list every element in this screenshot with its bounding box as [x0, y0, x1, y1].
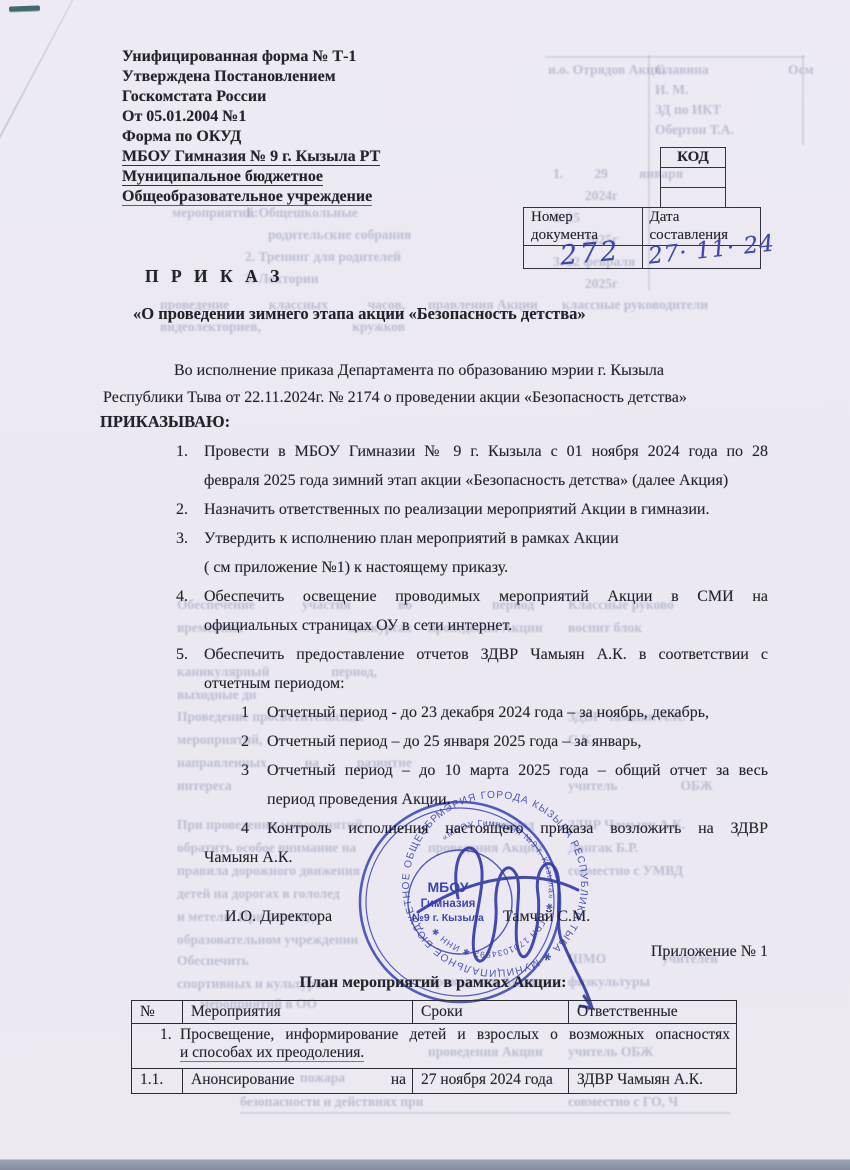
- row-activity-left: Анонсирование: [191, 1071, 295, 1093]
- merged-row-line1: Просвещение, информирование детей и взро…: [180, 1026, 730, 1044]
- order-subitem-line: Отчетный период - до 23 декабря 2024 год…: [267, 704, 768, 722]
- scanned-order-page: и.о. Отрядов АкцииСлавинаОсмИ. М.ЗД по И…: [0, 0, 850, 1170]
- plan-table: №МероприятияСрокиОтветственные 1. Просве…: [131, 1000, 737, 1094]
- plan-table-header-cell: №: [132, 1001, 183, 1023]
- order-item-line: официальных страницах ОУ в сети интернет…: [204, 617, 768, 635]
- bleedthrough-fragment: Обеспечить: [177, 953, 277, 969]
- signatory-title: И.О. Директора: [225, 908, 332, 926]
- plan-table-header-row: №МероприятияСрокиОтветственные: [132, 1001, 736, 1024]
- order-item-line: февраля 2025 года зимний этап акции «Без…: [204, 472, 768, 490]
- merged-row-line2: и способах их преодоления.: [180, 1044, 364, 1062]
- row-number-cell: 1.1.: [132, 1069, 183, 1093]
- order-item-line: Обеспечить предоставление отчетов ЗДВР Ч…: [204, 646, 768, 664]
- order-item-marker: 4: [241, 820, 249, 838]
- order-item-marker: 2: [241, 733, 249, 751]
- plan-title: План мероприятий в рамках Акции:: [131, 974, 735, 992]
- order-item-line: Провести в МБОУ Гимназии № 9 г. Кызыла с…: [204, 443, 768, 461]
- order-item-marker: 1: [241, 704, 249, 722]
- row-responsible-cell: ЗДВР Чамыян А.К.: [569, 1069, 736, 1093]
- bleedthrough-fragment: совместно с ГО, Ч: [568, 1094, 718, 1110]
- order-item-list: 1.Провести в МБОУ Гимназии № 9 г. Кызыла…: [0, 0, 850, 900]
- bleedthrough-line: [240, 1112, 730, 1114]
- plan-table-header-cell: Мероприятия: [183, 1001, 413, 1023]
- bleedthrough-fragment: безопасности и действиях при: [240, 1094, 475, 1110]
- order-item-line: Обеспечить освещение проводимых мероприя…: [204, 588, 768, 606]
- order-item-marker: 4.: [176, 588, 188, 606]
- order-subitem-line: Отчетный период – до 10 марта 2025 года …: [267, 762, 768, 780]
- plan-table-header-cell: Сроки: [413, 1001, 569, 1023]
- row-activity-right: на: [391, 1071, 406, 1093]
- order-item-marker: 3.: [176, 530, 188, 548]
- stamp-center-line3: №9 г. Кызыла: [412, 912, 484, 924]
- signatory-name: Тамчай С.М.: [503, 908, 590, 926]
- scan-edge-band: [0, 1160, 850, 1170]
- order-item-line: отчетным периодом:: [204, 675, 768, 693]
- merged-row-number: 1.: [160, 1026, 172, 1044]
- order-subitem-line: Отчетный период – до 25 января 2025 года…: [267, 733, 768, 751]
- order-item-marker: 5.: [176, 646, 188, 664]
- order-item-line: Утвердить к исполнению план мероприятий …: [204, 530, 768, 548]
- row-term-cell: 27 ноября 2024 года: [413, 1069, 569, 1093]
- plan-table-data-row: 1.1. Анонсирование на 27 ноября 2024 год…: [132, 1069, 736, 1093]
- order-item-marker: 3: [241, 762, 249, 780]
- plan-table-header-cell: Ответственные: [569, 1001, 736, 1023]
- stamp-center-line1: МБОУ: [428, 879, 469, 895]
- order-item-marker: 2.: [176, 501, 188, 519]
- row-activity-cell: Анонсирование на: [183, 1069, 413, 1093]
- attachment-label: Приложение № 1: [568, 943, 768, 961]
- order-item-line: Назначить ответственных по реализации ме…: [204, 501, 768, 519]
- order-item-line: ( см приложение №1) к настоящему приказу…: [204, 559, 768, 577]
- order-item-marker: 1.: [176, 443, 188, 461]
- plan-table-merged-row: 1. Просвещение, информирование детей и в…: [132, 1024, 736, 1069]
